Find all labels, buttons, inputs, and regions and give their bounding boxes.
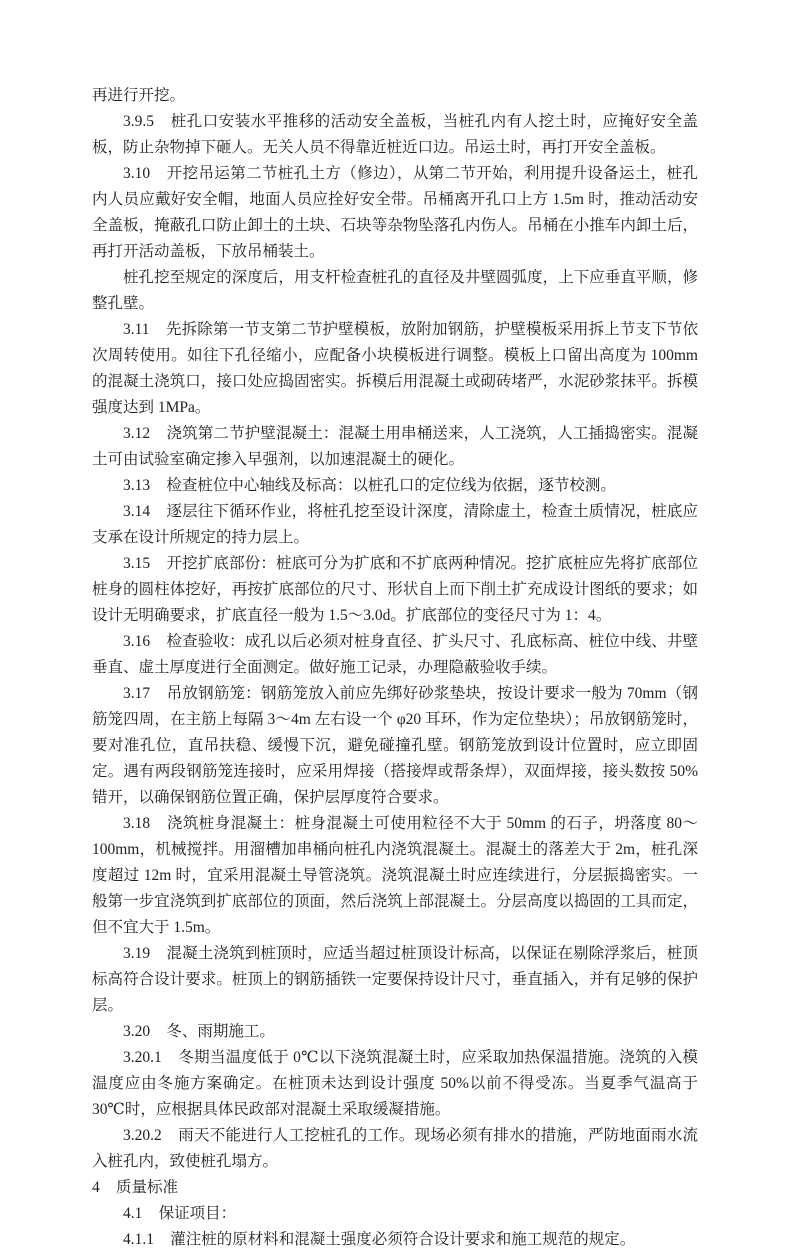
paragraph-text: 桩孔口安装水平推移的活动安全盖板，当桩孔内有人挖土时，应掩好安全盖板，防止杂物掉… bbox=[92, 113, 698, 156]
paragraph-text: 冬、雨期施工。 bbox=[166, 1023, 275, 1040]
section-number: 3.18 bbox=[123, 815, 150, 832]
para-3-14: 3.14逐层往下循环作业，将桩孔挖至设计深度，清除虚土，检查土质情况，桩底应支承… bbox=[92, 499, 698, 551]
section-number: 4.1 bbox=[123, 1205, 142, 1222]
paragraph-text: 冬期当温度低于 0℃以下浇筑混凝土时，应采取加热保温措施。浇筑的入模温度应由冬施… bbox=[92, 1049, 698, 1118]
paragraph-text: 雨天不能进行人工挖桩孔的工作。现场必须有排水的措施，严防地面雨水流入桩孔内，致使… bbox=[92, 1127, 698, 1170]
para-3-20-1: 3.20.1冬期当温度低于 0℃以下浇筑混凝土时，应采取加热保温措施。浇筑的入模… bbox=[92, 1045, 698, 1123]
para-unnumbered: 桩孔挖至规定的深度后，用支杆检查桩孔的直径及井壁圆弧度，上下应垂直平顺，修整孔壁… bbox=[92, 265, 698, 317]
section-number: 3.9.5 bbox=[123, 113, 154, 130]
paragraph-text: 灌注桩的原材料和混凝土强度必须符合设计要求和施工规范的规定。 bbox=[170, 1231, 635, 1248]
paragraph-text: 检查验收：成孔以后必须对桩身直径、扩头尺寸、孔底标高、桩位中线、井壁垂直、虚土厚… bbox=[92, 633, 698, 676]
para-3-20-2: 3.20.2雨天不能进行人工挖桩孔的工作。现场必须有排水的措施，严防地面雨水流入… bbox=[92, 1123, 698, 1175]
para-3-17: 3.17吊放钢筋笼：钢筋笼放入前应先绑好砂浆垫块，按设计要求一般为 70mm（钢… bbox=[92, 681, 698, 811]
paragraph-text: 保证项目： bbox=[159, 1205, 237, 1222]
para-3-19: 3.19混凝土浇筑到桩顶时，应适当超过桩顶设计标高，以保证在剔除浮浆后，桩顶标高… bbox=[92, 941, 698, 1019]
para-3-12: 3.12浇筑第二节护壁混凝土：混凝土用串桶送来，人工浇筑，人工插捣密实。混凝土可… bbox=[92, 421, 698, 473]
section-number: 4 bbox=[92, 1179, 100, 1196]
paragraph-text: 先拆除第一节支第二节护壁模板，放附加钢筋，护壁模板采用拆上节支下节依次周转使用。… bbox=[92, 321, 698, 416]
para-4-1-1: 4.1.1灌注桩的原材料和混凝土强度必须符合设计要求和施工规范的规定。 bbox=[92, 1227, 698, 1253]
paragraph-text: 开挖吊运第二节桩孔土方（修边），从第二节开始，利用提升设备运土，桩孔内人员应戴好… bbox=[92, 165, 698, 260]
paragraph-text: 质量标准 bbox=[116, 1179, 178, 1196]
paragraph-text: 再进行开挖。 bbox=[92, 87, 185, 104]
section-number: 4.1.1 bbox=[123, 1231, 154, 1248]
para-4-1: 4.1保证项目： bbox=[92, 1201, 698, 1227]
paragraph-text: 桩孔挖至规定的深度后，用支杆检查桩孔的直径及井壁圆弧度，上下应垂直平顺，修整孔壁… bbox=[92, 269, 698, 312]
section-number: 3.15 bbox=[123, 555, 150, 572]
section-number: 3.20.2 bbox=[123, 1127, 162, 1144]
paragraph-text: 逐层往下循环作业，将桩孔挖至设计深度，清除虚土，检查土质情况，桩底应支承在设计所… bbox=[92, 503, 698, 546]
paragraph-text: 混凝土浇筑到桩顶时，应适当超过桩顶设计标高，以保证在剔除浮浆后，桩顶标高符合设计… bbox=[92, 945, 698, 1014]
section-number: 3.12 bbox=[123, 425, 150, 442]
para-continuation-top: 再进行开挖。 bbox=[92, 83, 698, 109]
para-3-13: 3.13检查桩位中心轴线及标高：以桩孔口的定位线为依据，逐节校测。 bbox=[92, 473, 698, 499]
para-3-18: 3.18浇筑桩身混凝土：桩身混凝土可使用粒径不大于 50mm 的石子，坍落度 8… bbox=[92, 811, 698, 941]
section-number: 3.17 bbox=[123, 685, 150, 702]
para-3-9-5: 3.9.5桩孔口安装水平推移的活动安全盖板，当桩孔内有人挖土时，应掩好安全盖板，… bbox=[92, 109, 698, 161]
section-number: 3.13 bbox=[123, 477, 150, 494]
section-number: 3.14 bbox=[123, 503, 150, 520]
paragraph-text: 浇筑桩身混凝土：桩身混凝土可使用粒径不大于 50mm 的石子，坍落度 80～10… bbox=[92, 815, 698, 936]
para-3-16: 3.16检查验收：成孔以后必须对桩身直径、扩头尺寸、孔底标高、桩位中线、井壁垂直… bbox=[92, 629, 698, 681]
section-4-heading: 4质量标准 bbox=[92, 1175, 698, 1201]
section-number: 3.16 bbox=[123, 633, 150, 650]
paragraph-text: 检查桩位中心轴线及标高：以桩孔口的定位线为依据，逐节校测。 bbox=[166, 477, 616, 494]
section-number: 3.19 bbox=[123, 945, 150, 962]
paragraph-text: 浇筑第二节护壁混凝土：混凝土用串桶送来，人工浇筑，人工插捣密实。混凝土可由试验室… bbox=[92, 425, 698, 468]
section-number: 3.20 bbox=[123, 1023, 150, 1040]
para-3-15: 3.15开挖扩底部份：桩底可分为扩底和不扩底两种情况。挖扩底桩应先将扩底部位桩身… bbox=[92, 551, 698, 629]
para-3-20: 3.20冬、雨期施工。 bbox=[92, 1019, 698, 1045]
section-number: 3.20.1 bbox=[123, 1049, 162, 1066]
para-3-10: 3.10开挖吊运第二节桩孔土方（修边），从第二节开始，利用提升设备运土，桩孔内人… bbox=[92, 161, 698, 265]
section-number: 3.11 bbox=[123, 321, 150, 338]
paragraph-text: 吊放钢筋笼：钢筋笼放入前应先绑好砂浆垫块，按设计要求一般为 70mm（钢筋笼四周… bbox=[92, 685, 698, 806]
section-number: 3.10 bbox=[123, 165, 150, 182]
paragraph-text: 开挖扩底部份：桩底可分为扩底和不扩底两种情况。挖扩底桩应先将扩底部位桩身的圆柱体… bbox=[92, 555, 698, 624]
para-3-11: 3.11先拆除第一节支第二节护壁模板，放附加钢筋，护壁模板采用拆上节支下节依次周… bbox=[92, 317, 698, 421]
document-page: 再进行开挖。 3.9.5桩孔口安装水平推移的活动安全盖板，当桩孔内有人挖土时，应… bbox=[0, 0, 793, 1122]
